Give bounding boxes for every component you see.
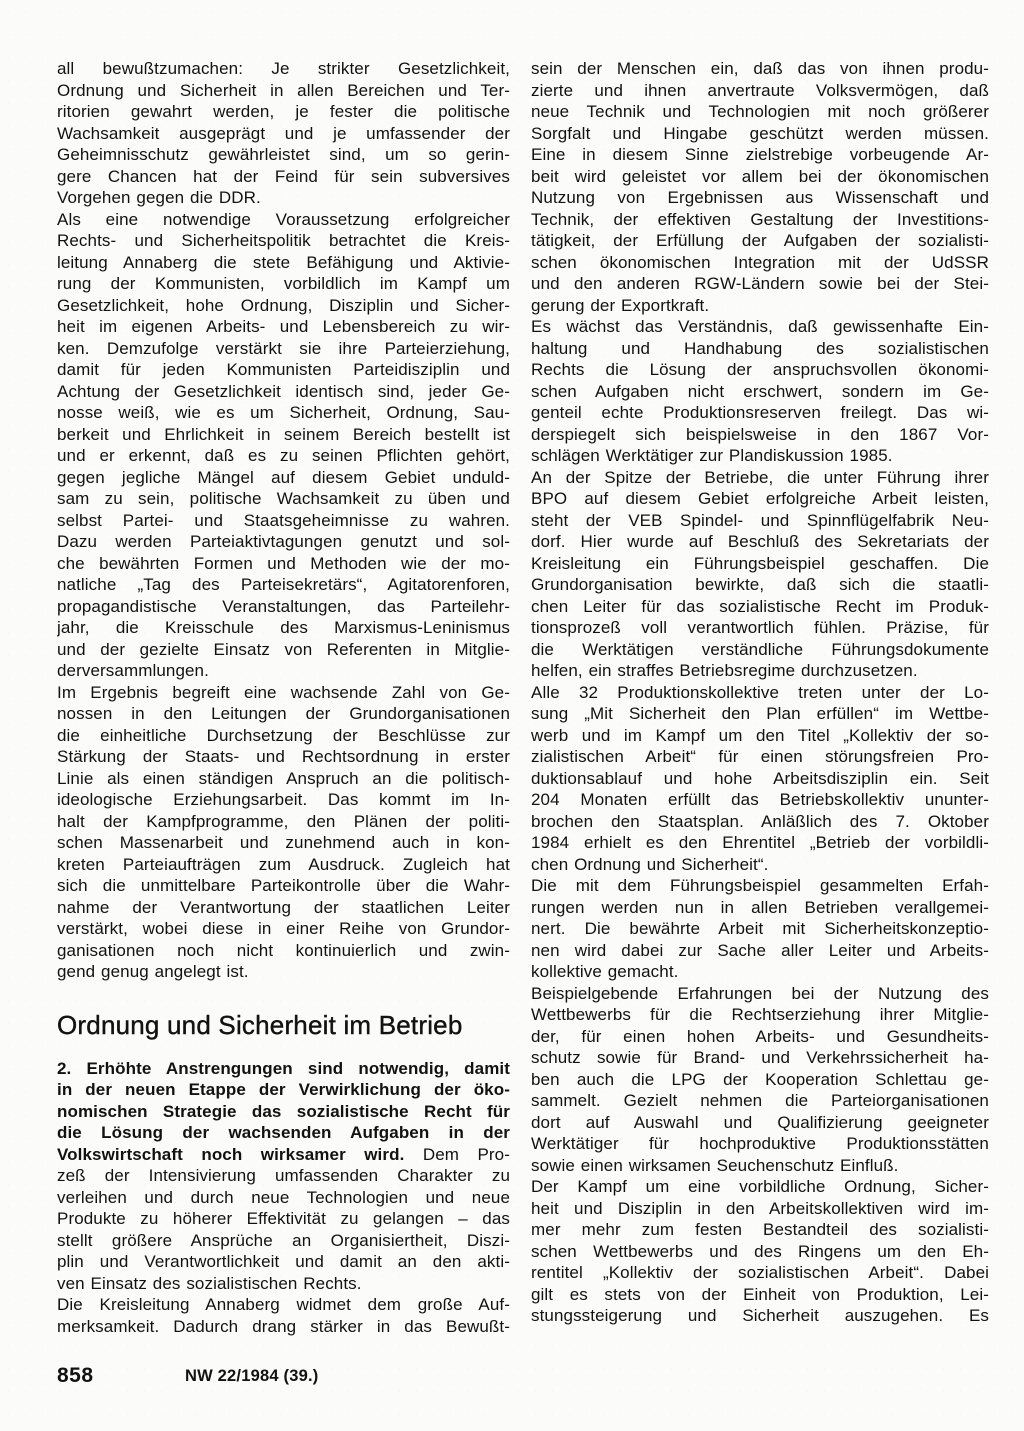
page-number: 858 xyxy=(57,1364,94,1388)
text-line: Beispielgebende Erfahrungen bei der Nutz… xyxy=(531,983,989,1005)
text-line: dorf. Hier wurde auf Beschluß des Sekret… xyxy=(531,531,989,553)
text-line: zierte und ihnen anvertraute Volksvermög… xyxy=(531,80,989,102)
text-line: schen Massenarbeit und zunehmend auch in… xyxy=(57,832,510,854)
text-line: Geheimnisschutz gewährleistet sind, um s… xyxy=(57,144,510,166)
text-line: die einheitliche Durchsetzung der Beschl… xyxy=(57,725,510,747)
text-line: schen Wettbewerbs und des Ringens um den… xyxy=(531,1241,989,1263)
page-footer: 858 NW 22/1984 (39.) xyxy=(57,1364,757,1394)
paragraph: Im Ergebnis begreift eine wachsende Zahl… xyxy=(57,682,510,983)
paragraph: 2. Erhöhte Anstrengungen sind notwendig,… xyxy=(57,1058,510,1295)
text-line: verstärkt, wobei diese in einer Reihe vo… xyxy=(57,918,510,940)
text-line: rung der Kommunisten, vorbildlich im Kam… xyxy=(57,273,510,295)
text-line: und der gezielte Einsatz von Referenten … xyxy=(57,639,510,661)
paragraph: Beispielgebende Erfahrungen bei der Nutz… xyxy=(531,983,989,1177)
text-line: Vorgehen gegen die DDR. xyxy=(57,187,510,209)
text-line: Im Ergebnis begreift eine wachsende Zahl… xyxy=(57,682,510,704)
text-line: sein der Menschen ein, daß das von ihnen… xyxy=(531,58,989,80)
text-line: schen Aufgaben nicht erschwert, sondern … xyxy=(531,381,989,403)
text-line: selbst Partei- und Staatsgeheimnisse zu … xyxy=(57,510,510,532)
text-line: propagandistische Veranstaltungen, das P… xyxy=(57,596,510,618)
text-line: beit wird geleistet vor allem bei der ök… xyxy=(531,166,989,188)
text-line: ven Einsatz des sozialistischen Rechts. xyxy=(57,1273,510,1295)
text-line: Rechts- und Sicherheitspolitik betrachte… xyxy=(57,230,510,252)
text-line: leitung Annaberg die stete Befähigung un… xyxy=(57,252,510,274)
text-line: ritorien gewahrt werden, je fester die p… xyxy=(57,101,510,123)
text-line: Ordnung und Sicherheit in allen Bereiche… xyxy=(57,80,510,102)
text-line: Nutzung von Ergebnissen aus Wissenschaft… xyxy=(531,187,989,209)
text-line: helfen, ein straffes Betriebsregime durc… xyxy=(531,660,989,682)
text-line: nen wird dabei zur Sache aller Leiter un… xyxy=(531,940,989,962)
text-line: merksamkeit. Dadurch drang stärker in da… xyxy=(57,1316,510,1338)
paragraph: Die Kreisleitung Annaberg widmet dem gro… xyxy=(57,1294,510,1337)
text-line: gegen jegliche Mängel auf diesem Gebiet … xyxy=(57,467,510,489)
scanned-page: all bewußtzumachen: Je strikter Gesetzli… xyxy=(0,0,1024,1431)
text-line: mer mehr zum festen Bestandteil des sozi… xyxy=(531,1219,989,1241)
text-line: Achtung der Gesetzlichkeit identisch sin… xyxy=(57,381,510,403)
text-line: nahme der Verantwortung der staatlichen … xyxy=(57,897,510,919)
text-line: zialistischen Arbeit“ für einen störungs… xyxy=(531,746,989,768)
text-line: Gesetzlichkeit, hohe Ordnung, Disziplin … xyxy=(57,295,510,317)
text-line: Alle 32 Produktionskollektive treten unt… xyxy=(531,682,989,704)
paragraph: Die mit dem Führungsbeispiel gesammelten… xyxy=(531,875,989,983)
text-line: neue Technik und Technologien mit noch g… xyxy=(531,101,989,123)
paragraph: sein der Menschen ein, daß das von ihnen… xyxy=(531,58,989,316)
text-line: all bewußtzumachen: Je strikter Gesetzli… xyxy=(57,58,510,80)
text-line: chen Leiter für das sozialistische Recht… xyxy=(531,596,989,618)
text-line: werb und im Kampf um den Titel „Kollekti… xyxy=(531,725,989,747)
text-line: ideologische Erziehungsarbeit. Das kommt… xyxy=(57,789,510,811)
text-line: die Werktätigen verständliche Führungsdo… xyxy=(531,639,989,661)
text-line: Die Kreisleitung Annaberg widmet dem gro… xyxy=(57,1294,510,1316)
text-line: der, für einen hohen Arbeits- und Gesund… xyxy=(531,1026,989,1048)
text-line: Der Kampf um eine vorbildliche Ordnung, … xyxy=(531,1176,989,1198)
text-line: plin und Verantwortlichkeit und damit an… xyxy=(57,1251,510,1273)
text-line: genteil echte Produktionsreserven freile… xyxy=(531,402,989,424)
text-line: nomischen Strategie das sozialistische R… xyxy=(57,1101,510,1123)
paragraph: all bewußtzumachen: Je strikter Gesetzli… xyxy=(57,58,510,209)
text-line: Es wächst das Verständnis, daß gewissenh… xyxy=(531,316,989,338)
text-line: rentitel „Kollektiv der sozialistischen … xyxy=(531,1262,989,1284)
text-line: verleihen und durch neue Technologien un… xyxy=(57,1187,510,1209)
text-line: ken. Demzufolge verstärkt sie ihre Parte… xyxy=(57,338,510,360)
text-line: nossen in den Leitungen der Grundorganis… xyxy=(57,703,510,725)
text-line: gere Chancen hat der Feind für sein subv… xyxy=(57,166,510,188)
text-line: Sorgfalt und Hingabe geschützt werden mü… xyxy=(531,123,989,145)
text-line: Rechts die Lösung der anspruchsvollen ök… xyxy=(531,359,989,381)
text-line: Kreisleitung ein Führungsbeispiel gescha… xyxy=(531,553,989,575)
text-line: natliche „Tag des Parteisekretärs“, Agit… xyxy=(57,574,510,596)
text-line: duktionsablauf und hohe Arbeitsdisziplin… xyxy=(531,768,989,790)
text-line: Grundorganisation bewirkte, daß sich die… xyxy=(531,574,989,596)
text-line: Wachsamkeit ausgeprägt und je umfassende… xyxy=(57,123,510,145)
text-line: halt der Kampfprogramme, den Plänen der … xyxy=(57,811,510,833)
text-line: rungen werden nun in allen Betrieben ver… xyxy=(531,897,989,919)
text-line: Als eine notwendige Voraussetzung erfolg… xyxy=(57,209,510,231)
paragraph: Alle 32 Produktionskollektive treten unt… xyxy=(531,682,989,876)
text-line: derversammlungen. xyxy=(57,660,510,682)
text-line: Technik, der effektiven Gestaltung der I… xyxy=(531,209,989,231)
text-line: che bewährten Formen und Methoden wie de… xyxy=(57,553,510,575)
text-line: haltung und Handhabung des sozialistisch… xyxy=(531,338,989,360)
text-line: Wettbewerbs für die Rechtserziehung ihre… xyxy=(531,1004,989,1026)
text-line: Volkswirtschaft noch wirksamer wird. Dem… xyxy=(57,1144,510,1166)
text-line: 2. Erhöhte Anstrengungen sind notwendig,… xyxy=(57,1058,510,1080)
text-line: und den anderen RGW-Ländern sowie bei de… xyxy=(531,273,989,295)
paragraph: Es wächst das Verständnis, daß gewissenh… xyxy=(531,316,989,467)
text-line: stellt größere Ansprüche an Organisierth… xyxy=(57,1230,510,1252)
issue-label: NW 22/1984 (39.) xyxy=(185,1367,318,1386)
text-line: jahr, die Kreisschule des Marxismus-Leni… xyxy=(57,617,510,639)
text-line: sowie einen wirksamen Seuchenschutz Einf… xyxy=(531,1155,989,1177)
text-line: gilt es stets von der Einheit von Produk… xyxy=(531,1284,989,1306)
text-line: sam zu sein, politische Wachsamkeit zu ü… xyxy=(57,488,510,510)
text-line: derspiegelt sich beispielsweise in den 1… xyxy=(531,424,989,446)
text-line: ben auch die LPG der Kooperation Schlett… xyxy=(531,1069,989,1091)
text-line: 204 Monaten erfüllt das Betriebskollekti… xyxy=(531,789,989,811)
text-line: Dazu werden Parteiaktivtagungen genutzt … xyxy=(57,531,510,553)
text-line: schutz sowie für Brand- und Verkehrssich… xyxy=(531,1047,989,1069)
text-line: Werktätiger für hochproduktive Produktio… xyxy=(531,1133,989,1155)
text-line: Eine in diesem Sinne zielstrebige vorbeu… xyxy=(531,144,989,166)
text-line: heit im eigenen Arbeits- und Lebensberei… xyxy=(57,316,510,338)
text-line: gerung der Exportkraft. xyxy=(531,295,989,317)
text-line: An der Spitze der Betriebe, die unter Fü… xyxy=(531,467,989,489)
text-line: sung „Mit Sicherheit den Plan erfüllen“ … xyxy=(531,703,989,725)
text-line: kreten Parteiaufträgen zum Ausdruck. Zug… xyxy=(57,854,510,876)
text-line: kollektive gemacht. xyxy=(531,961,989,983)
paragraph: Der Kampf um eine vorbildliche Ordnung, … xyxy=(531,1176,989,1327)
text-line: Produkte zu höherer Effektivität zu gela… xyxy=(57,1208,510,1230)
text-line: die Lösung der wachsenden Aufgaben in de… xyxy=(57,1122,510,1144)
text-line: stungssteigerung und Sicherheit auszugeh… xyxy=(531,1305,989,1327)
text-line: nert. Die bewährte Arbeit mit Sicherheit… xyxy=(531,918,989,940)
text-line: tionsprozeß voll verantwortlich fühlen. … xyxy=(531,617,989,639)
text-line: und er erkennt, daß es zu seinen Pflicht… xyxy=(57,445,510,467)
section-heading: Ordnung und Sicherheit im Betrieb xyxy=(57,1009,510,1041)
paragraph: An der Spitze der Betriebe, die unter Fü… xyxy=(531,467,989,682)
text-line: chen Ordnung und Sicherheit“. xyxy=(531,854,989,876)
text-line: Die mit dem Führungsbeispiel gesammelten… xyxy=(531,875,989,897)
paragraph: Als eine notwendige Voraussetzung erfolg… xyxy=(57,209,510,682)
text-line: zeß der Intensivierung umfassenden Chara… xyxy=(57,1165,510,1187)
text-line: schlägen Werktätiger zur Plandiskussion … xyxy=(531,445,989,467)
text-line: steht der VEB Spindel- und Spinnflügelfa… xyxy=(531,510,989,532)
text-line: gend genug angelegt ist. xyxy=(57,961,510,983)
text-line: 1984 erhielt es den Ehrentitel „Betrieb … xyxy=(531,832,989,854)
text-line: BPO auf diesem Gebiet erfolgreiche Arbei… xyxy=(531,488,989,510)
text-line: schen ökonomischen Integration mit der U… xyxy=(531,252,989,274)
text-line: Linie als einen ständigen Anspruch an di… xyxy=(57,768,510,790)
text-column-right: sein der Menschen ein, daß das von ihnen… xyxy=(531,58,989,1327)
text-line: Stärkung der Staats- und Rechtsordnung i… xyxy=(57,746,510,768)
text-line: sich die unmittelbare Parteikontrolle üb… xyxy=(57,875,510,897)
text-line: ganisationen noch nicht kontinuierlich u… xyxy=(57,940,510,962)
text-line: damit für jeden Kommunisten Parteidiszip… xyxy=(57,359,510,381)
text-line: berkeit und Ehrlichkeit in seinem Bereic… xyxy=(57,424,510,446)
text-line: heit und Disziplin in den Arbeitskollekt… xyxy=(531,1198,989,1220)
text-line: brochen den Staatsplan. Anläßlich des 7.… xyxy=(531,811,989,833)
text-line: tätigkeit, der Erfüllung der Aufgaben de… xyxy=(531,230,989,252)
text-column-left: all bewußtzumachen: Je strikter Gesetzli… xyxy=(57,58,510,1337)
text-line: dort auf Auswahl und Qualifizierung geei… xyxy=(531,1112,989,1134)
text-line: in der neuen Etappe der Verwirklichung d… xyxy=(57,1079,510,1101)
text-line: nosse weiß, wie es um Sicherheit, Ordnun… xyxy=(57,402,510,424)
text-line: sammelt. Gezielt nehmen die Parteiorgani… xyxy=(531,1090,989,1112)
